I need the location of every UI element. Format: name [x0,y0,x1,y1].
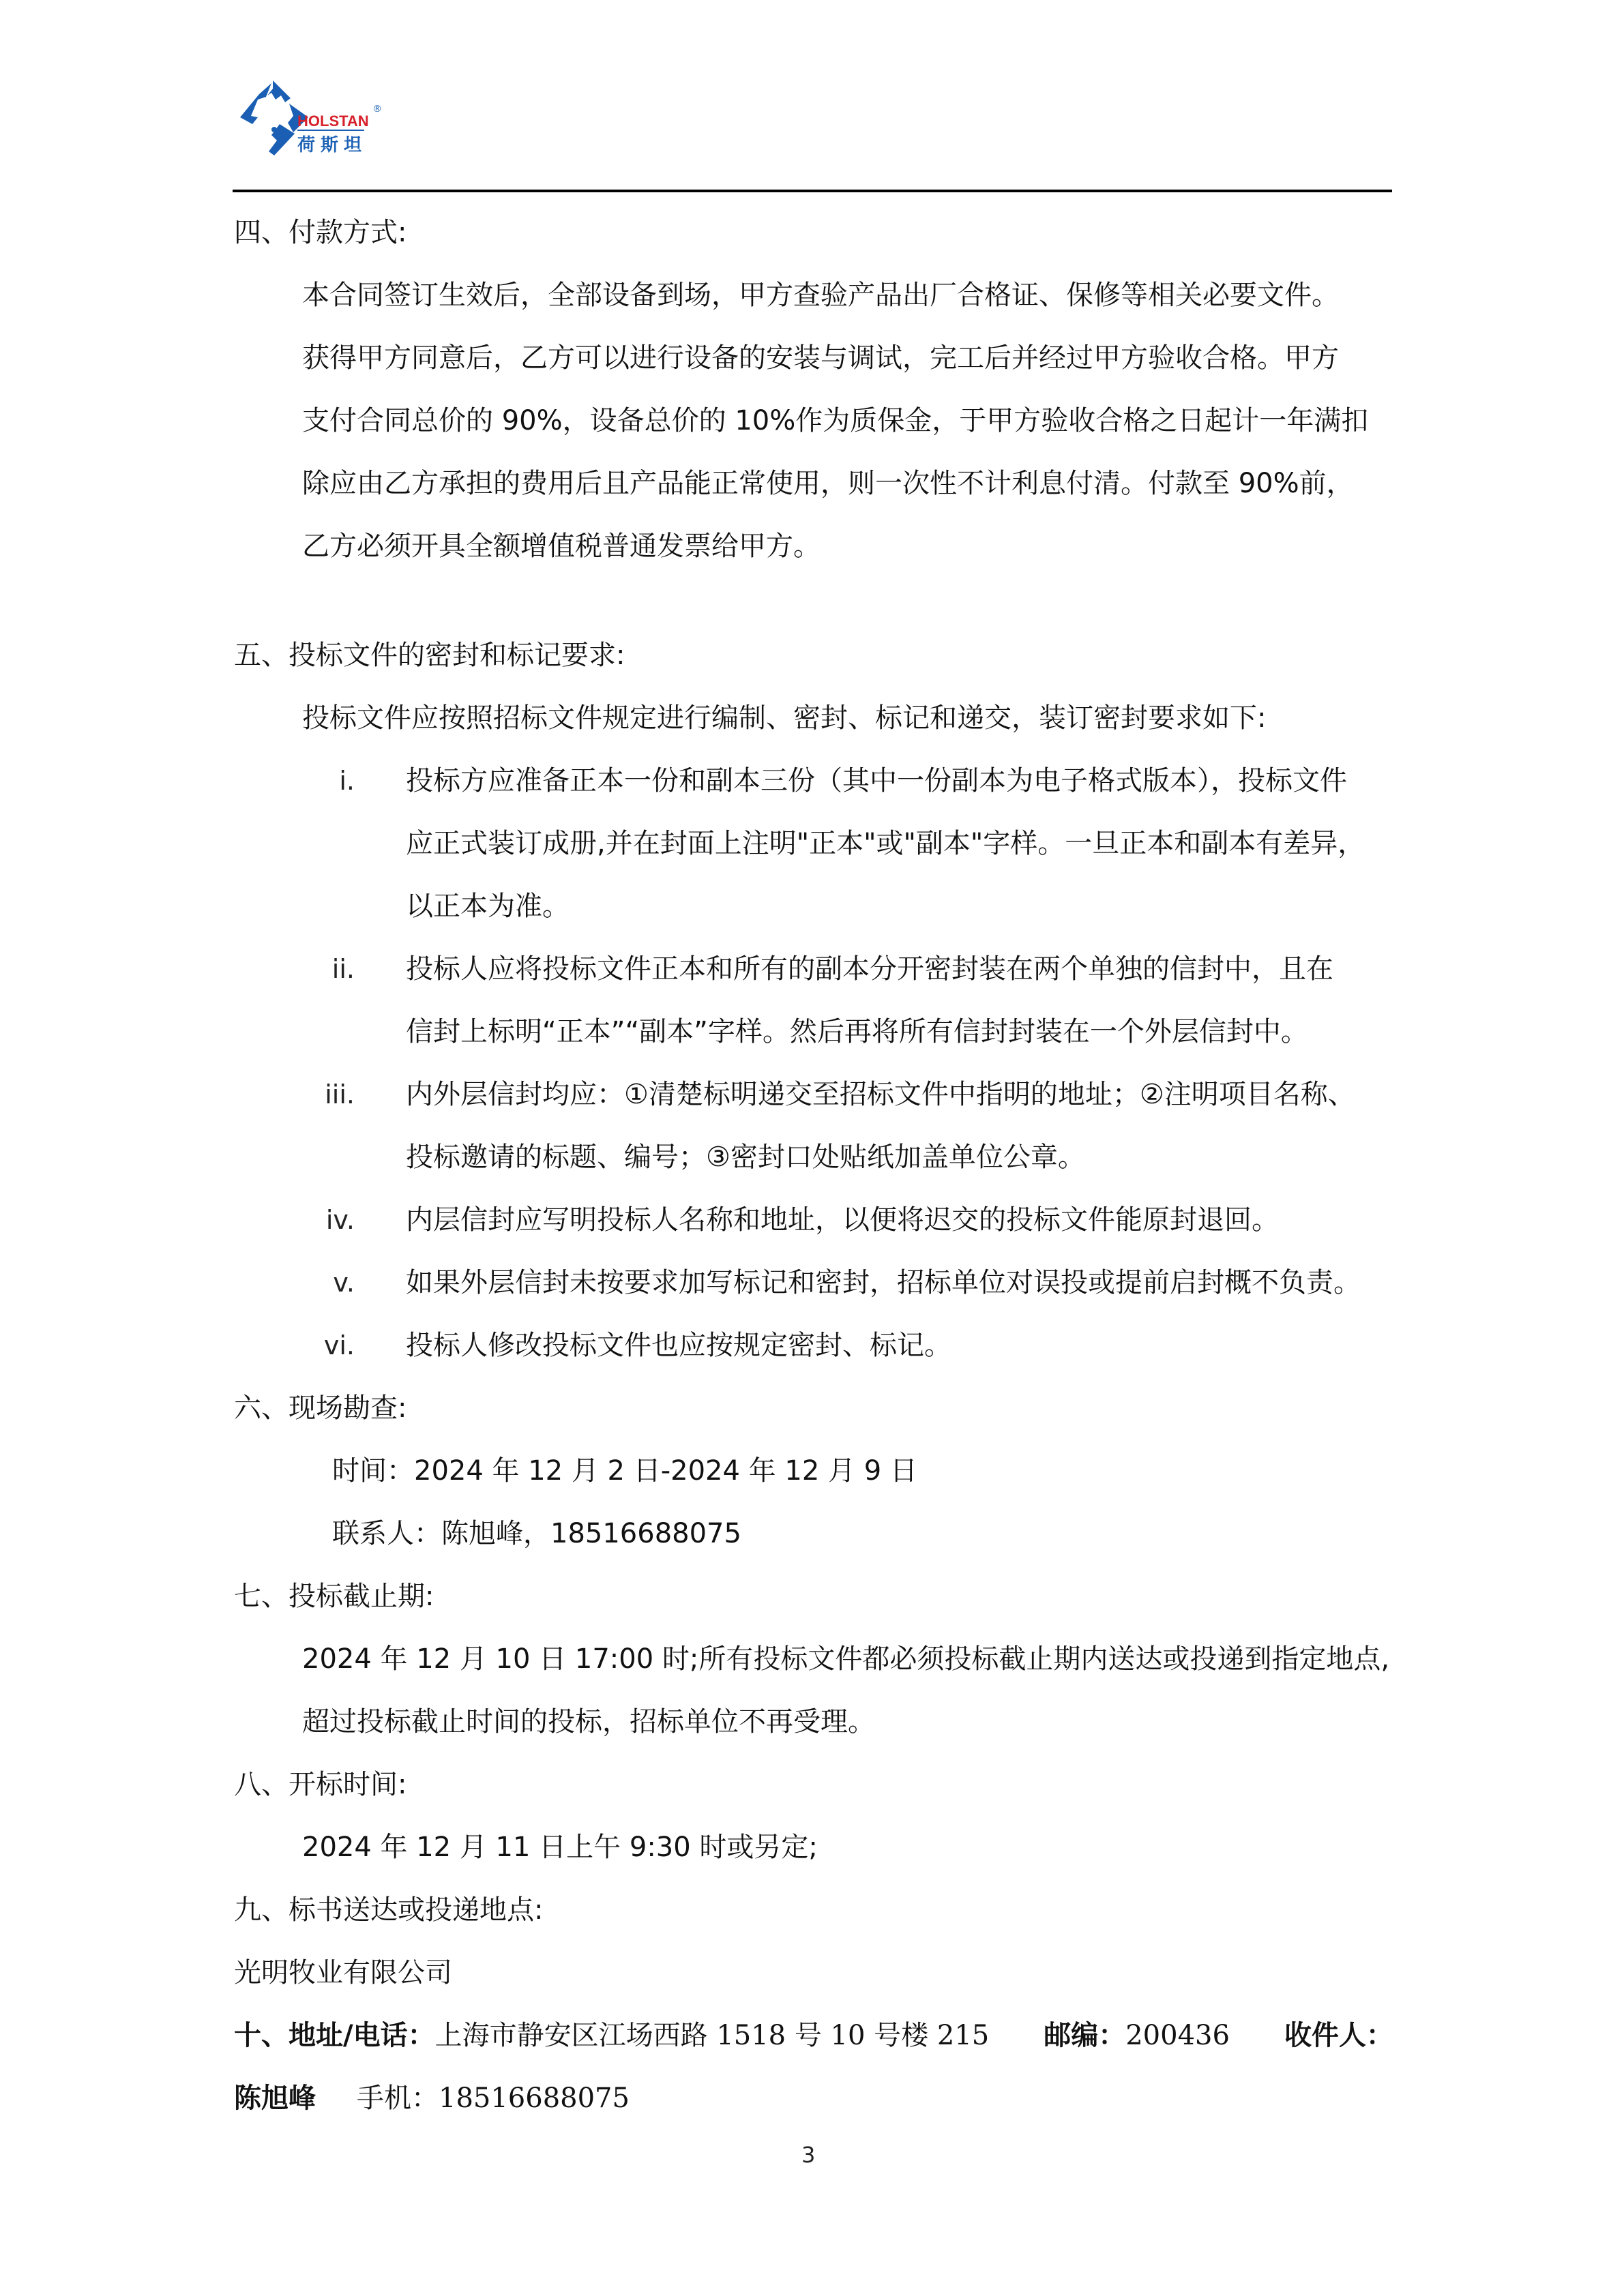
list-item-line: 投标人修改投标文件也应按规定密封、标记。 [406,1328,951,1362]
registered-mark-icon: ® [372,104,382,115]
paragraph-line: 支付合同总价的 90%，设备总价的 10%作为质保金，于甲方验收合格之日起计一年… [302,404,1368,438]
list-item-line: 投标人应将投标文件正本和所有的副本分开密封装在两个单独的信封中，且在 [406,952,1333,986]
paragraph-line: 获得甲方同意后，乙方可以进行设备的安装与调试，完工后并经过甲方验收合格。甲方 [302,341,1339,375]
survey-contact-value: 陈旭峰，18516688075 [441,1518,741,1549]
survey-contact-label: 联系人： [332,1518,441,1549]
mobile-value: 18516688075 [439,2083,630,2114]
postcode-value: 200436 [1125,2020,1230,2051]
mobile-label: 手机： [357,2083,439,2114]
address-value: 上海市静安区江场西路 1518 号 10 号楼 215 [435,2020,990,2051]
list-item-line: 投标邀请的标题、编号；③密封口处贴纸加盖单位公章。 [406,1140,1085,1174]
section-heading-deadline: 七、投标截止期: [234,1579,434,1613]
list-item-line: 应正式装订成册,并在封面上注明"正本"或"副本"字样。一旦正本和副本有差异， [406,826,1365,861]
survey-time-label: 时间： [332,1455,414,1487]
paragraph-line: 本合同签订生效后，全部设备到场，甲方查验产品出厂合格证、保修等相关必要文件。 [302,278,1339,312]
recipient-name: 陈旭峰 [234,2083,316,2114]
list-item-line: 内外层信封均应：①清楚标明递交至招标文件中指明的地址；②注明项目名称、 [406,1077,1355,1112]
list-item-line: 内层信封应写明投标人名称和地址，以便将迟交的投标文件能原封退回。 [406,1203,1279,1237]
list-number: vi. [307,1328,355,1362]
logo-brand-cn: 荷斯坦 [297,131,367,156]
list-item-line: 以正本为准。 [406,889,570,923]
company-name: 光明牧业有限公司 [234,1956,452,1990]
list-number: iii. [307,1077,355,1112]
address-line: 十、地址/电话：上海市静安区江场西路 1518 号 10 号楼 215邮编：20… [234,2018,1393,2053]
paragraph-line: 超过投标截止时间的投标，招标单位不再受理。 [302,1705,875,1739]
section-heading-sealing: 五、投标文件的密封和标记要求: [234,638,625,672]
list-number: ii. [307,952,355,986]
list-item-line: 如果外层信封未按要求加写标记和密封，招标单位对误投或提前启封概不负责。 [406,1266,1361,1300]
list-item-line: 投标方应准备正本一份和副本三份（其中一份副本为电子格式版本），投标文件 [406,764,1347,798]
list-item-line: 信封上标明“正本”“副本”字样。然后再将所有信封封装在一个外层信封中。 [406,1015,1308,1049]
bid-opening-time: 2024 年 12 月 11 日上午 9:30 时或另定; [302,1830,818,1864]
recipient-label: 收件人： [1284,2020,1393,2051]
header-divider [233,190,1392,192]
postcode-label: 邮编： [1044,2020,1125,2051]
section-heading-delivery-location: 九、标书送达或投递地点: [234,1893,543,1927]
section-heading-site-survey: 六、现场勘查: [234,1391,407,1425]
survey-time-value: 2024 年 12 月 2 日-2024 年 12 月 9 日 [414,1455,917,1487]
company-logo: HOLSTAN 荷斯坦 ® [232,75,389,167]
list-number: iv. [307,1203,355,1237]
list-number: i. [307,764,355,798]
recipient-line: 陈旭峰手机：18516688075 [234,2081,630,2115]
survey-contact: 联系人：陈旭峰，18516688075 [332,1517,741,1551]
page-number: 3 [801,2141,815,2168]
paragraph-line: 乙方必须开具全额增值税普通发票给甲方。 [302,529,821,563]
paragraph-line: 投标文件应按照招标文件规定进行编制、密封、标记和递交，装订密封要求如下: [302,701,1266,735]
logo-brand-en: HOLSTAN [297,113,369,130]
survey-time: 时间：2024 年 12 月 2 日-2024 年 12 月 9 日 [332,1454,917,1488]
list-number: v. [307,1266,355,1300]
section-heading-payment: 四、付款方式: [234,215,407,250]
address-label: 十、地址/电话： [234,2020,435,2051]
section-heading-bid-opening: 八、开标时间: [234,1768,407,1802]
paragraph-line: 除应由乙方承担的费用后且产品能正常使用，则一次性不计利息付清。付款至 90%前， [302,466,1354,501]
paragraph-line: 2024 年 12 月 10 日 17:00 时;所有投标文件都必须投标截止期内… [302,1642,1389,1676]
